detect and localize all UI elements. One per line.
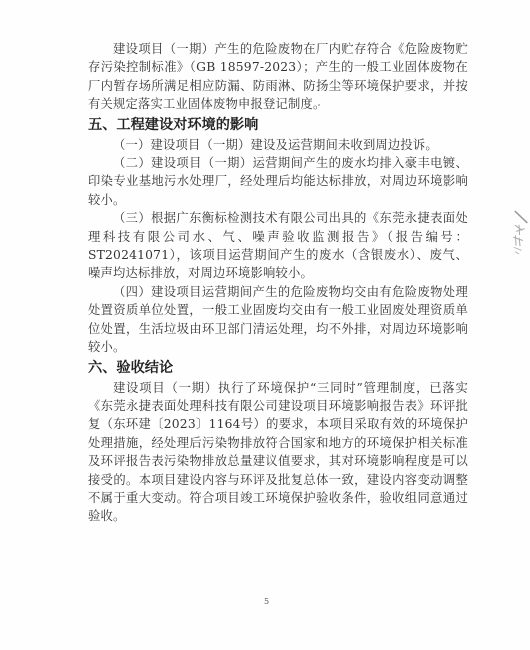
page-number: 5 — [264, 597, 269, 606]
paragraph-impact-1: （一）建设项目（一期）建设及运营期间未收到周边投诉。 — [88, 136, 468, 154]
section-heading-environmental-impact: 五、工程建设对环境的影响 — [88, 115, 468, 135]
paragraph-conclusion: 建设项目（一期）执行了环境保护“三同时”管理制度，已落实《东莞永捷表面处理科技有… — [88, 379, 468, 526]
scan-speck — [318, 104, 320, 106]
paragraph-impact-3: （三）根据广东衡标检测技术有限公司出具的《东莞永捷表面处理科技有限公司水、气、噪… — [88, 209, 468, 283]
document-page: 建设项目（一期）产生的危险废物在厂内贮存符合《危险废物贮存污染控制标准》（GB … — [0, 0, 530, 650]
seal-stamp-fragment-icon — [505, 207, 530, 258]
paragraph-solid-waste: 建设项目（一期）产生的危险废物在厂内贮存符合《危险废物贮存污染控制标准》（GB … — [88, 40, 468, 114]
paragraph-impact-4: （四）建设项目运营期间产生的危险废物均交由有危险废物处理处置资质单位处置，一般工… — [88, 283, 468, 357]
section-heading-acceptance-conclusion: 六、验收结论 — [88, 358, 468, 378]
paragraph-impact-2: （二）建设项目（一期）运营期间产生的废水均排入豪丰电镀、印染专业基地污水处理厂，… — [88, 154, 468, 209]
page-content: 建设项目（一期）产生的危险废物在厂内贮存符合《危险废物贮存污染控制标准》（GB … — [88, 40, 468, 526]
